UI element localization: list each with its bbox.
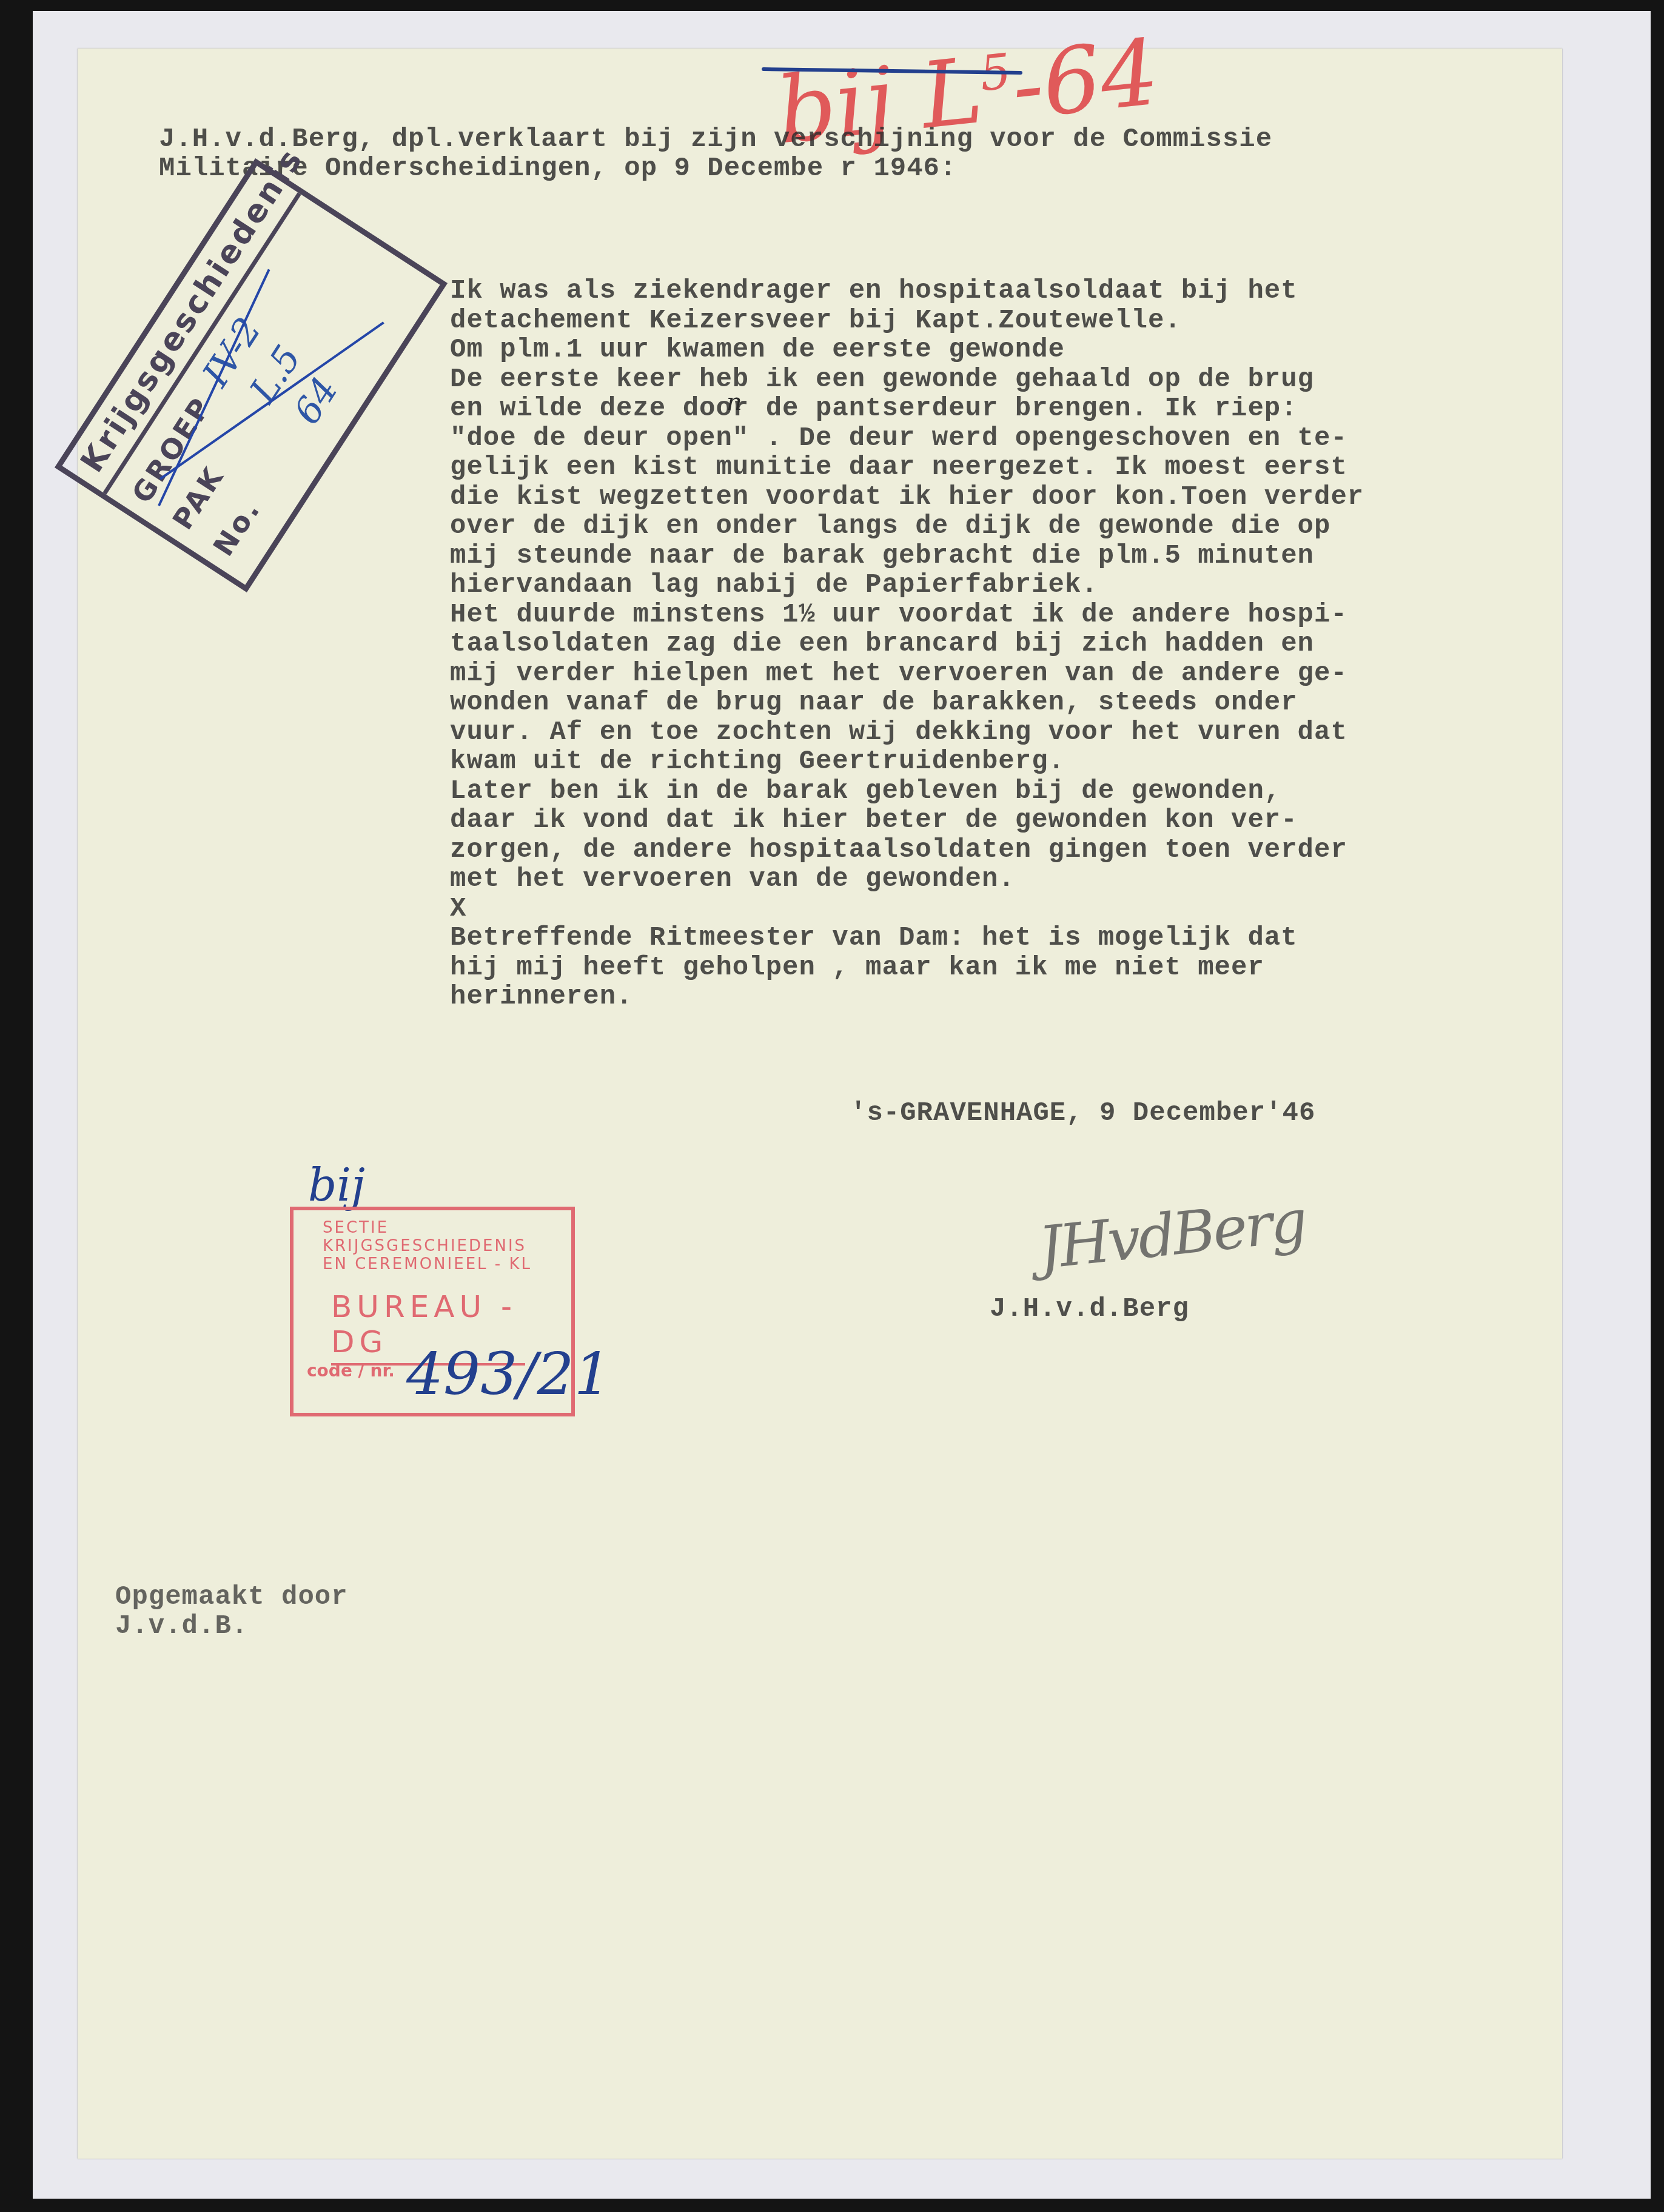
body-line: detachement Keizersveer bij Kapt.Zoutewe… bbox=[450, 306, 1364, 336]
document-heading: J.H.v.d.Berg, dpl.verklaart bij zijn ver… bbox=[159, 125, 1272, 183]
body-line: daar ik vond dat ik hier beter de gewond… bbox=[450, 806, 1364, 836]
body-line: hij mij heeft geholpen , maar kan ik me … bbox=[450, 953, 1364, 983]
typed-signatory-name: J.H.v.d.Berg bbox=[990, 1295, 1189, 1324]
prepared-by: Opgemaakt door J.v.d.B. bbox=[115, 1583, 348, 1641]
body-line: zorgen, de andere hospitaalsoldaten ging… bbox=[450, 836, 1364, 865]
statement-body: Ik was als ziekendrager en hospitaalsold… bbox=[450, 276, 1364, 1012]
handwritten-code-number: 493/21 bbox=[406, 1340, 611, 1408]
stamp-code-label: code / nr. bbox=[307, 1361, 395, 1381]
body-line: taalsoldaten zag die een brancard bij zi… bbox=[450, 629, 1364, 659]
body-line: wonden vanaf de brug naar de barakken, s… bbox=[450, 688, 1364, 718]
body-line: met het vervoeren van de gewonden. bbox=[450, 865, 1364, 894]
body-line: herinneren. bbox=[450, 982, 1364, 1012]
body-line: De eerste keer heb ik een gewonde gehaal… bbox=[450, 365, 1364, 395]
body-line: vuur. Af en toe zochten wij dekking voor… bbox=[450, 718, 1364, 748]
body-line: mij verder hielpen met het vervoeren van… bbox=[450, 659, 1364, 689]
body-line: Het duurde minstens 1½ uur voordat ik de… bbox=[450, 600, 1364, 630]
body-line: over de dijk en onder langs de dijk de g… bbox=[450, 512, 1364, 541]
body-line: en wilde deze door de pantserdeur brenge… bbox=[450, 394, 1364, 424]
place-date: 's-GRAVENHAGE, 9 December'46 bbox=[850, 1099, 1315, 1128]
stamp-row-no: No. bbox=[207, 493, 267, 561]
stamp-line: SECTIE KRIJGSGESCHIEDENIS bbox=[323, 1219, 571, 1255]
body-line: "doe de deur open" . De deur werd openge… bbox=[450, 424, 1364, 454]
body-line: Later ben ik in de barak gebleven bij de… bbox=[450, 777, 1364, 806]
body-line: hiervandaan lag nabij de Papierfabriek. bbox=[450, 571, 1364, 600]
handwritten-bij-note: bij bbox=[308, 1159, 365, 1212]
body-line: X bbox=[450, 894, 1364, 924]
body-line: Om plm.1 uur kwamen de eerste gewonde bbox=[450, 335, 1364, 365]
handwritten-correction: n bbox=[726, 388, 742, 416]
body-line: Ik was als ziekendrager en hospitaalsold… bbox=[450, 276, 1364, 306]
body-line: gelijk een kist munitie daar neergezet. … bbox=[450, 453, 1364, 483]
stamp-line: EN CEREMONIEEL - KL bbox=[323, 1255, 532, 1273]
body-line: kwam uit de richting Geertruidenberg. bbox=[450, 747, 1364, 777]
body-line: die kist wegzetten voordat ik hier door … bbox=[450, 483, 1364, 512]
body-line: Betreffende Ritmeester van Dam: het is m… bbox=[450, 923, 1364, 953]
body-line: mij steunde naar de barak gebracht die p… bbox=[450, 541, 1364, 571]
